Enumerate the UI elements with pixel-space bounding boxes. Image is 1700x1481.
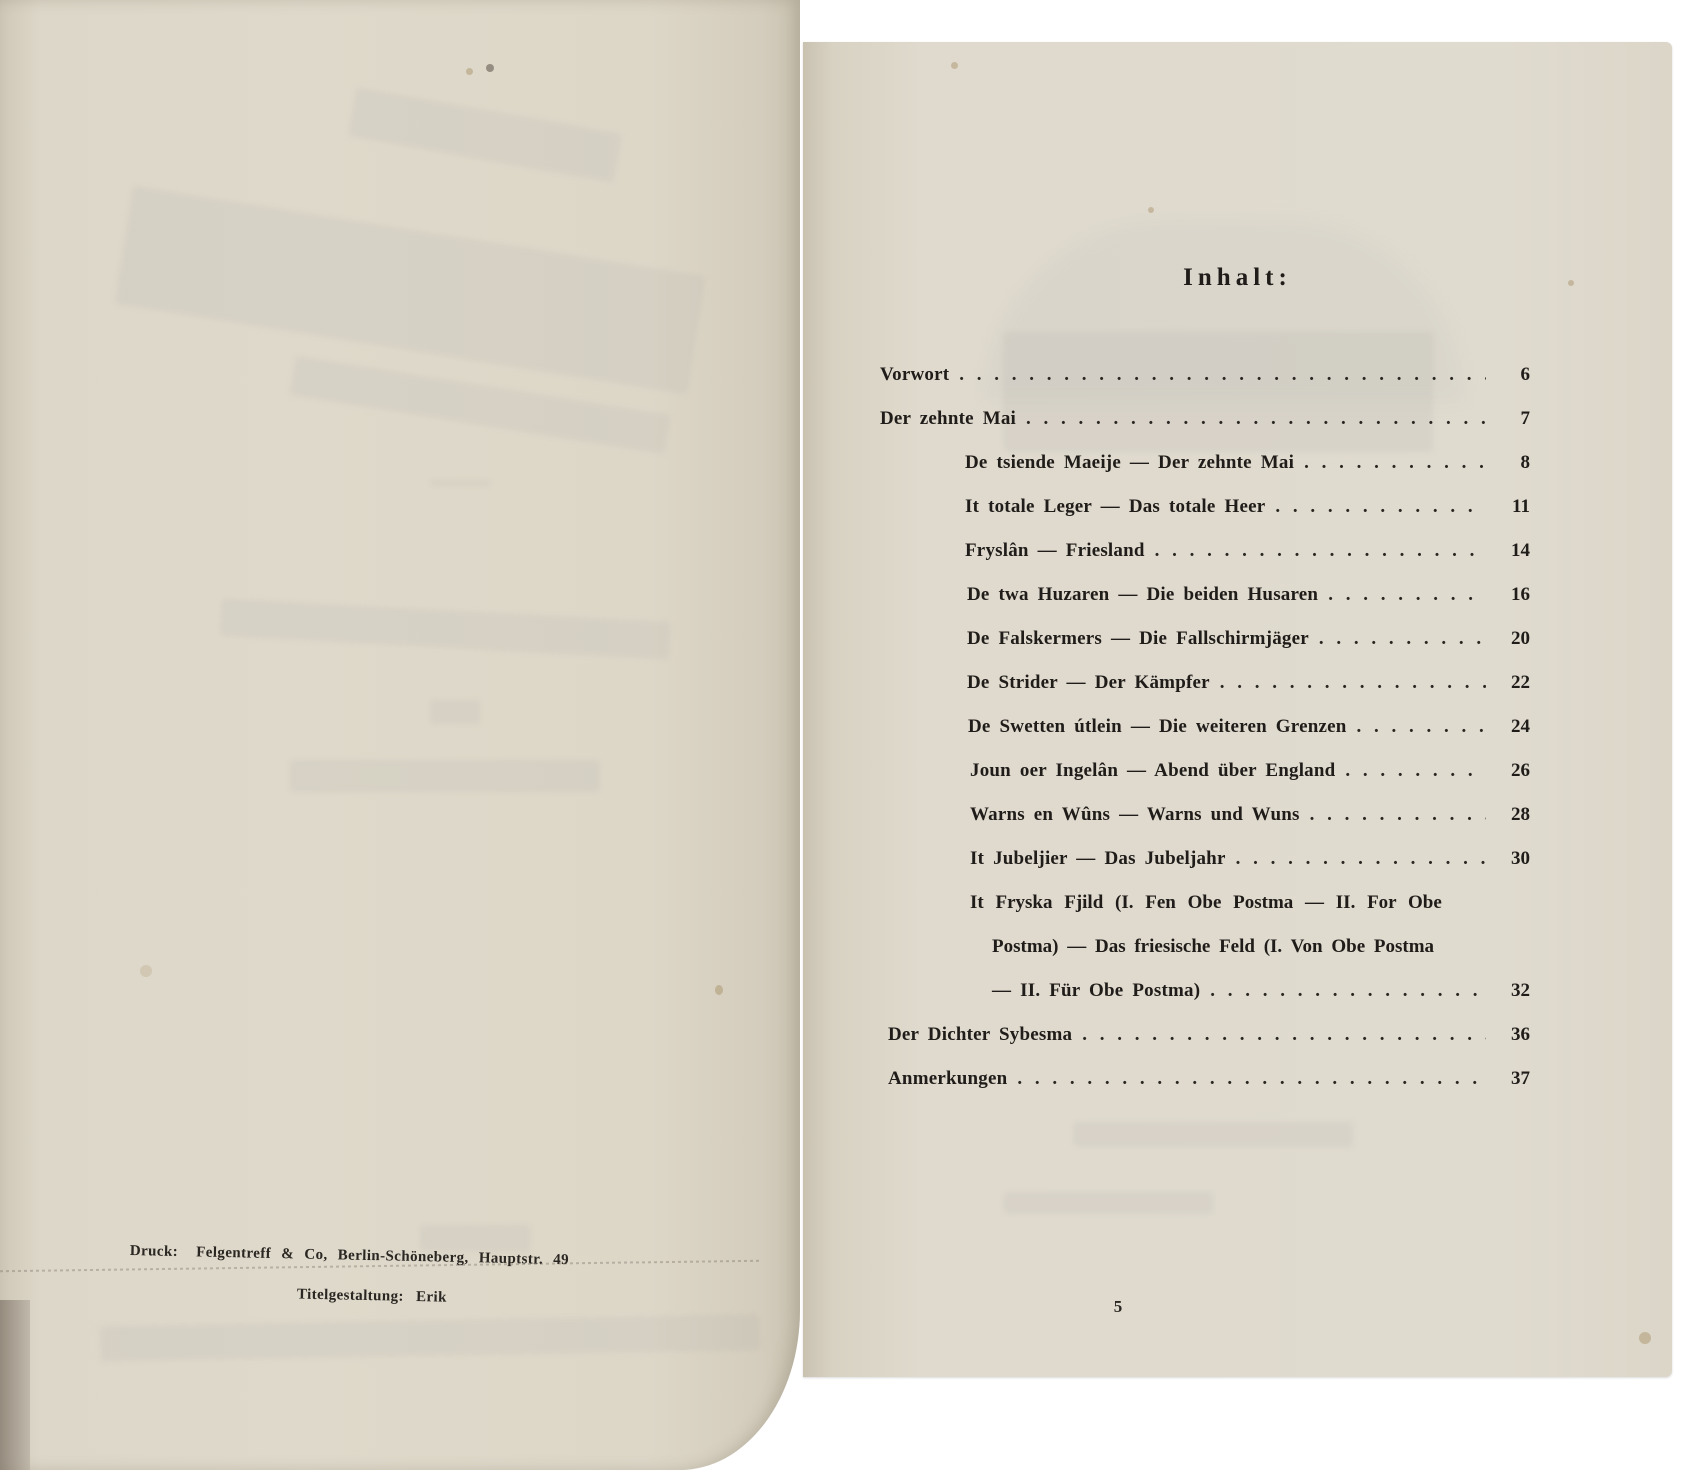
- toc-entry-label: Vorwort: [880, 364, 949, 386]
- toc-entry-vorwort[interactable]: Vorwort 6: [880, 364, 1530, 386]
- dot-leader: [1319, 628, 1486, 650]
- toc-entry-it-fryska-fjild-line1[interactable]: It Fryska Fjild (I. Fen Obe Postma — II.…: [970, 892, 1442, 914]
- bleed-through-author: [348, 87, 623, 183]
- toc-entry-joun-oer-ingelan[interactable]: Joun oer Ingelân — Abend über England 26: [970, 760, 1530, 782]
- dot-leader: [1345, 760, 1486, 782]
- toc-entry-label: — II. Für Obe Postma): [992, 980, 1200, 1002]
- cover-design-line: Titelgestaltung: Erik: [297, 1287, 447, 1307]
- toc-entry-label: Anmerkungen: [888, 1068, 1007, 1090]
- cover-design-label: Titelgestaltung:: [297, 1287, 404, 1305]
- toc-entry-warns-en-wuns[interactable]: Warns en Wûns — Warns und Wuns 28: [970, 804, 1530, 826]
- open-book-spread: Druck: Felgentreff & Co, Berlin-Schönebe…: [0, 0, 1700, 1481]
- toc-entry-page: 32: [1496, 980, 1530, 1002]
- dot-leader: [1310, 804, 1486, 826]
- toc-entry-label: De tsiende Maeije — Der zehnte Mai: [965, 452, 1294, 474]
- dot-leader: [959, 364, 1486, 386]
- toc-entry-der-zehnte-mai[interactable]: Der zehnte Mai 7: [880, 408, 1530, 430]
- foxing-spot: [486, 64, 494, 72]
- right-page: Inhalt: Vorwort 6 Der zehnte Mai 7 De ts…: [803, 42, 1672, 1377]
- toc-entry-label: Fryslân — Friesland: [965, 540, 1145, 562]
- toc-entry-page: 7: [1496, 408, 1530, 430]
- toc-entry-page: 11: [1496, 496, 1530, 518]
- toc-entry-label: De Strider — Der Kämpfer: [967, 672, 1210, 694]
- toc-entry-label: It Jubeljier — Das Jubeljahr: [970, 848, 1226, 870]
- toc-entry-label: De Falskermers — Die Fallschirmjäger: [967, 628, 1309, 650]
- dot-leader: [1328, 584, 1486, 606]
- toc-entry-it-jubeljier[interactable]: It Jubeljier — Das Jubeljahr 30: [970, 848, 1530, 870]
- toc-entry-label: Warns en Wûns — Warns und Wuns: [970, 804, 1300, 826]
- page-number: 5: [803, 1297, 1433, 1317]
- cover-design-value: Erik: [416, 1289, 447, 1306]
- toc-entry-de-twa-huzaren[interactable]: De twa Huzaren — Die beiden Husaren 16: [967, 584, 1530, 606]
- toc-entry-page: 20: [1496, 628, 1530, 650]
- toc-entry-label: De Swetten útlein — Die weiteren Grenzen: [968, 716, 1347, 738]
- bleed-through-divider: [430, 480, 490, 486]
- toc-entry-label: Joun oer Ingelân — Abend über England: [970, 760, 1335, 782]
- toc-entry-label: Der zehnte Mai: [880, 408, 1016, 430]
- dot-leader: [1357, 716, 1487, 738]
- bleed-through-editor-line: [219, 598, 670, 659]
- dot-leader: [1304, 452, 1486, 474]
- toc-entry-page: 26: [1496, 760, 1530, 782]
- toc-entry-page: 28: [1496, 804, 1530, 826]
- toc-entry-label: De twa Huzaren — Die beiden Husaren: [967, 584, 1318, 606]
- dot-leader: [1275, 496, 1486, 518]
- toc-entry-page: 16: [1496, 584, 1530, 606]
- foxing-spot: [466, 68, 473, 75]
- bleed-through-title: [114, 185, 706, 394]
- bleed-through-von: [430, 700, 480, 724]
- toc-entry-it-fryska-fjild-line3[interactable]: — II. Für Obe Postma) 32: [992, 980, 1530, 1002]
- toc-entry-der-dichter-sybesma[interactable]: Der Dichter Sybesma 36: [888, 1024, 1530, 1046]
- toc-entry-de-strider[interactable]: De Strider — Der Kämpfer 22: [967, 672, 1530, 694]
- dot-leader: [1155, 540, 1486, 562]
- printer-label: Druck:: [130, 1243, 179, 1260]
- bleed-through-editor-name: [290, 760, 600, 792]
- toc-entry-anmerkungen[interactable]: Anmerkungen 37: [888, 1068, 1530, 1090]
- toc-entry-it-fryska-fjild-line2[interactable]: Postma) — Das friesische Feld (I. Von Ob…: [992, 936, 1434, 958]
- toc-entry-page: 36: [1496, 1024, 1530, 1046]
- left-page: Druck: Felgentreff & Co, Berlin-Schönebe…: [0, 0, 800, 1470]
- toc-entry-de-tsiende-maeije[interactable]: De tsiende Maeije — Der zehnte Mai 8: [965, 452, 1530, 474]
- toc-entry-label: Der Dichter Sybesma: [888, 1024, 1072, 1046]
- toc-entry-page: 37: [1496, 1068, 1530, 1090]
- dot-leader: [1220, 672, 1486, 694]
- dot-leader: [1210, 980, 1486, 1002]
- toc-entry-page: 30: [1496, 848, 1530, 870]
- toc-entry-fryslan[interactable]: Fryslân — Friesland 14: [965, 540, 1530, 562]
- foxing-spot: [715, 985, 723, 995]
- toc-entry-label: It totale Leger — Das totale Heer: [965, 496, 1265, 518]
- toc-entry-de-swetten-utlein[interactable]: De Swetten útlein — Die weiteren Grenzen…: [968, 716, 1530, 738]
- table-of-contents: Vorwort 6 Der zehnte Mai 7 De tsiende Ma…: [803, 42, 1672, 1377]
- toc-entry-it-totale-leger[interactable]: It totale Leger — Das totale Heer 11: [965, 496, 1530, 518]
- toc-entry-page: 6: [1496, 364, 1530, 386]
- bleed-through-publisher: [100, 1314, 761, 1362]
- toc-entry-page: 8: [1496, 452, 1530, 474]
- dot-leader: [1082, 1024, 1486, 1046]
- toc-entry-page: 14: [1496, 540, 1530, 562]
- foxing-spot: [140, 965, 152, 977]
- toc-entry-page: 24: [1496, 716, 1530, 738]
- bleed-through-year: [420, 1225, 530, 1251]
- dot-leader: [1236, 848, 1486, 870]
- toc-entry-de-falskermers[interactable]: De Falskermers — Die Fallschirmjäger 20: [967, 628, 1530, 650]
- dot-leader: [1026, 408, 1486, 430]
- dot-leader: [1017, 1068, 1486, 1090]
- toc-entry-page: 22: [1496, 672, 1530, 694]
